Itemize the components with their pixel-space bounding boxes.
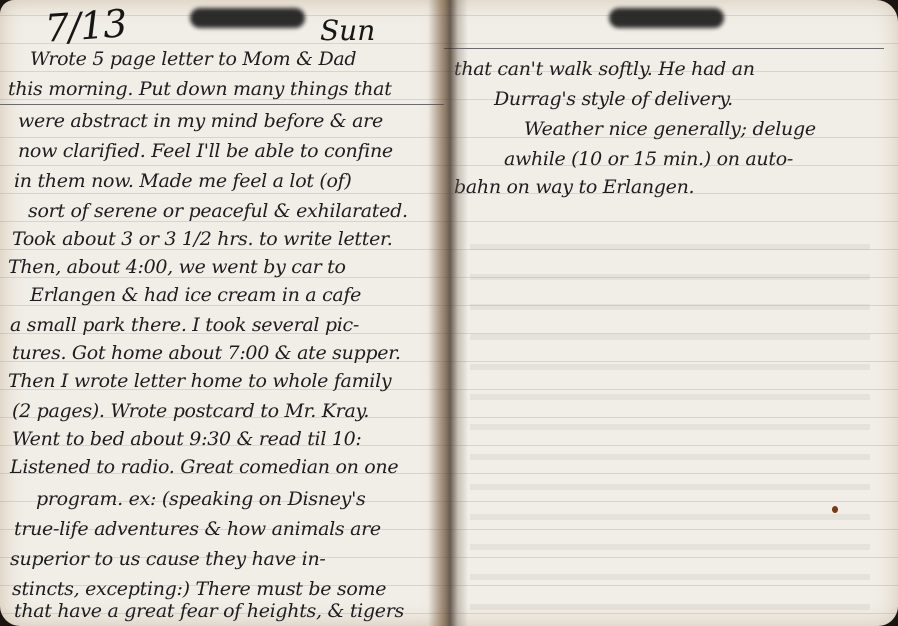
handwritten-line: Weather nice generally; deluge: [524, 118, 816, 140]
handwritten-line: Then I wrote letter home to whole family: [8, 370, 391, 392]
handwritten-line: awhile (10 or 15 min.) on auto-: [504, 148, 793, 170]
handwritten-line: Durrag's style of delivery.: [494, 88, 733, 110]
handwritten-line: that can't walk softly. He had an: [454, 58, 755, 80]
header-rule: [0, 104, 444, 105]
diary-spread: 7/13 Sun Wrote 5 page letter to Mom & Da…: [0, 0, 898, 626]
bleed-through-texture: [470, 220, 870, 620]
handwritten-line: a small park there. I took several pic-: [10, 314, 359, 336]
redacted-smudge: [609, 8, 724, 28]
handwritten-line: sort of serene or peaceful & exhilarated…: [28, 200, 408, 222]
entry-day: Sun: [320, 14, 375, 47]
handwritten-line: (2 pages). Wrote postcard to Mr. Kray.: [12, 400, 369, 422]
redacted-smudge: [190, 8, 305, 28]
handwritten-line: that have a great fear of heights, & tig…: [14, 600, 404, 622]
handwritten-line: were abstract in my mind before & are: [18, 110, 383, 132]
handwritten-line: Wrote 5 page letter to Mom & Dad: [30, 48, 356, 70]
handwritten-line: in them now. Made me feel a lot (of): [14, 170, 352, 192]
handwritten-line: Erlangen & had ice cream in a cafe: [30, 284, 361, 306]
ink-spot: [832, 506, 838, 513]
handwritten-line: now clarified. Feel I'll be able to conf…: [18, 140, 393, 162]
handwritten-line: true-life adventures & how animals are: [14, 518, 381, 540]
handwritten-line: bahn on way to Erlangen.: [454, 176, 694, 198]
left-page: 7/13 Sun Wrote 5 page letter to Mom & Da…: [0, 0, 444, 626]
handwritten-line: stincts, excepting:) There must be some: [12, 578, 386, 600]
handwritten-line: superior to us cause they have in-: [10, 548, 326, 570]
entry-date: 7/13: [44, 1, 128, 51]
handwritten-line: this morning. Put down many things that: [8, 78, 392, 100]
handwritten-line: program. ex: (speaking on Disney's: [36, 488, 365, 510]
handwritten-line: Went to bed about 9:30 & read til 10:: [12, 428, 362, 450]
handwritten-line: tures. Got home about 7:00 & ate supper.: [12, 342, 401, 364]
header-rule: [444, 48, 884, 49]
handwritten-line: Listened to radio. Great comedian on one: [10, 456, 398, 478]
book-spine: [428, 0, 468, 626]
handwritten-line: Took about 3 or 3 1/2 hrs. to write lett…: [12, 228, 392, 250]
handwritten-line: Then, about 4:00, we went by car to: [8, 256, 346, 278]
